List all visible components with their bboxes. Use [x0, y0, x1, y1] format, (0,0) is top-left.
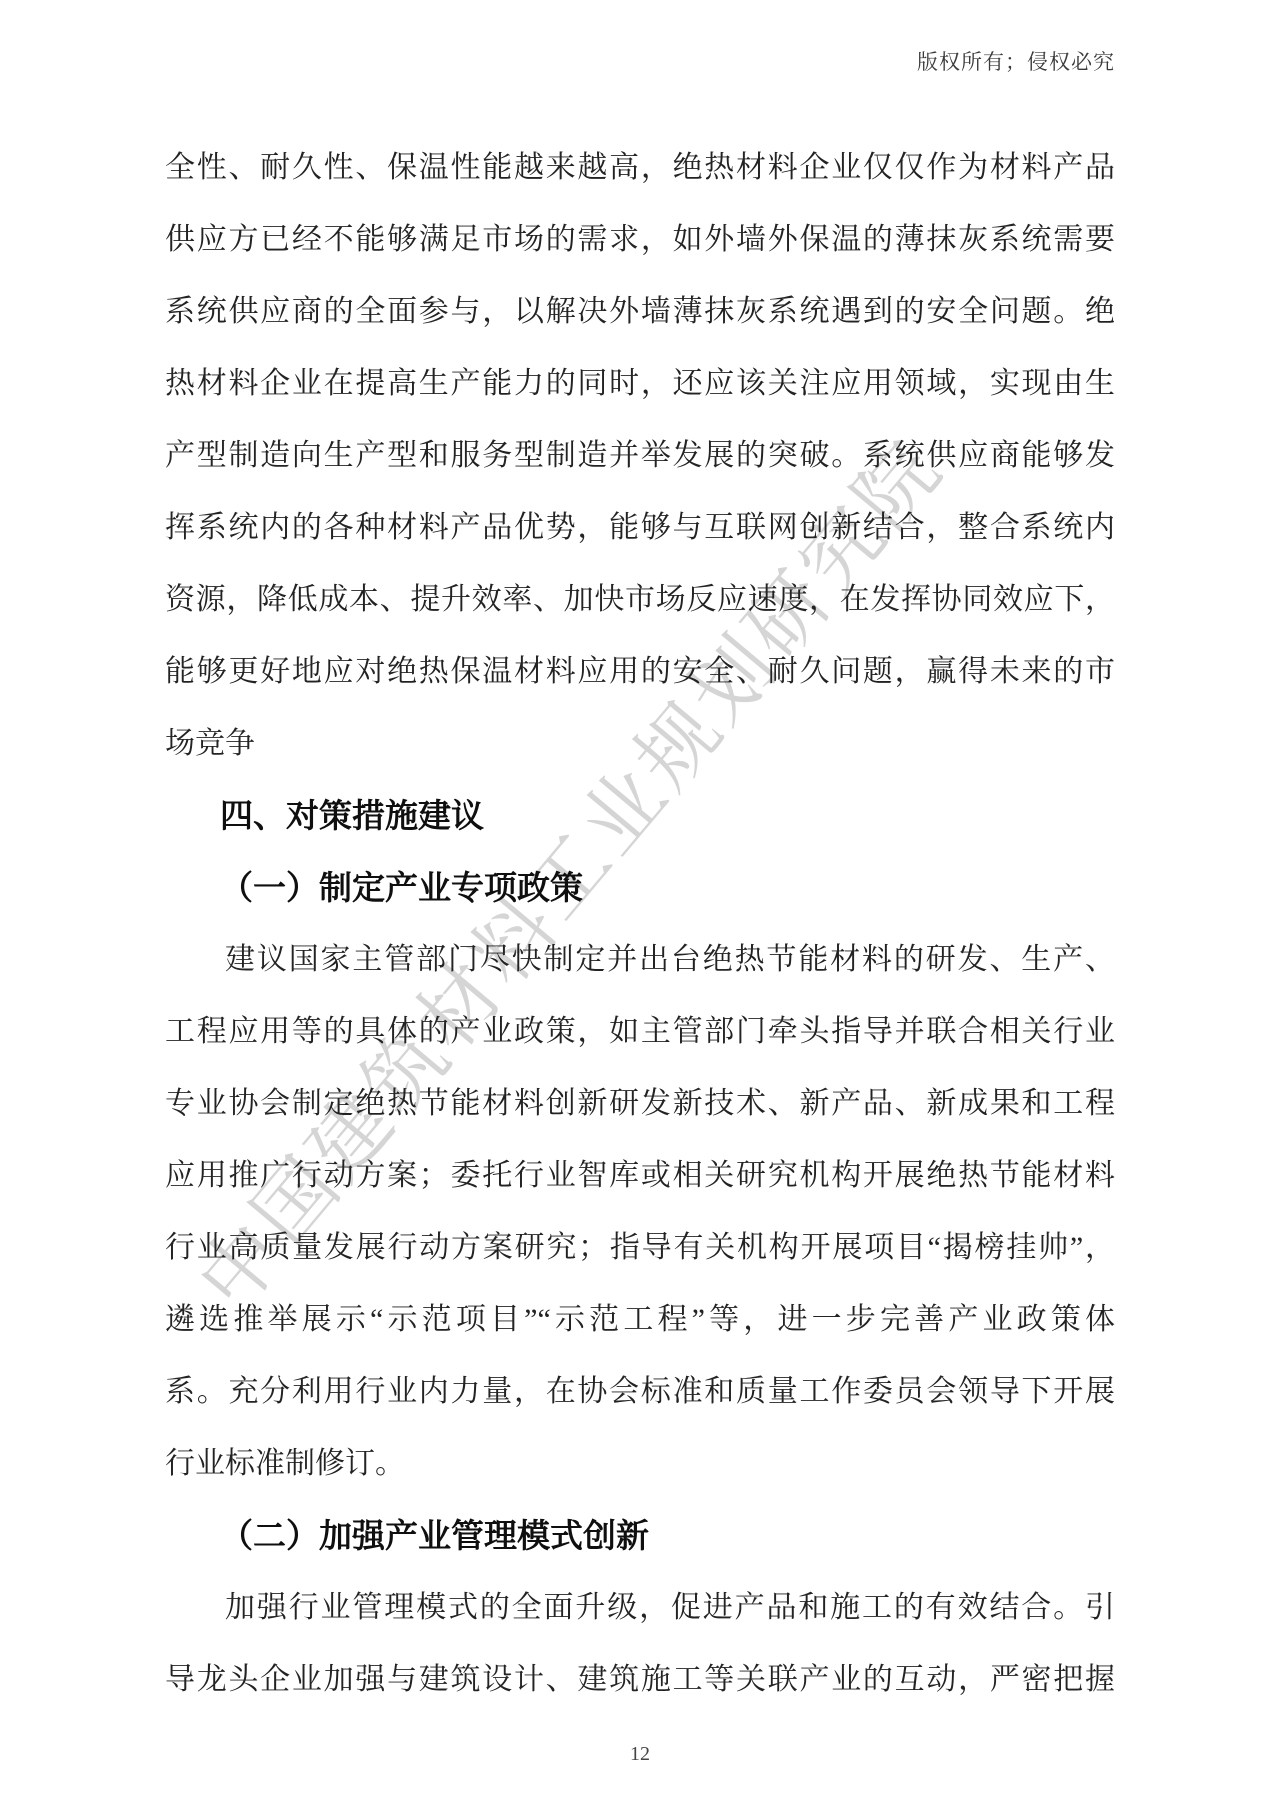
text-line: 场竞争 — [165, 708, 1115, 780]
text-line: 产型制造向生产型和服务型制造并举发展的突破。系统供应商能够发 — [165, 420, 1115, 492]
copyright-notice: 版权所有；侵权必究 — [917, 46, 1115, 76]
text-line: 供应方已经不能够满足市场的需求，如外墙外保温的薄抹灰系统需要 — [165, 204, 1115, 276]
text-line: 挥系统内的各种材料产品优势，能够与互联网创新结合，整合系统内 — [165, 492, 1115, 564]
text-line: 系。充分利用行业内力量，在协会标准和质量工作委员会领导下开展 — [165, 1356, 1115, 1428]
text-line: 工程应用等的具体的产业政策，如主管部门牵头指导并联合相关行业 — [165, 996, 1115, 1068]
text-line: 全性、耐久性、保温性能越来越高，绝热材料企业仅仅作为材料产品 — [165, 132, 1115, 204]
page-number: 12 — [0, 1743, 1280, 1766]
section-heading: （一）制定产业专项政策 — [165, 852, 1115, 924]
text-line: 应用推广行动方案；委托行业智库或相关研究机构开展绝热节能材料 — [165, 1140, 1115, 1212]
section-heading: 四、对策措施建议 — [165, 780, 1115, 852]
text-line: 行业高质量发展行动方案研究；指导有关机构开展项目“揭榜挂帅”， — [165, 1212, 1115, 1284]
text-line: 资源，降低成本、提升效率、加快市场反应速度，在发挥协同效应下， — [165, 564, 1115, 636]
text-line: 遴选推举展示“示范项目”“示范工程”等，进一步完善产业政策体 — [165, 1284, 1115, 1356]
document-body: 全性、耐久性、保温性能越来越高，绝热材料企业仅仅作为材料产品供应方已经不能够满足… — [165, 132, 1115, 1716]
text-line: 加强行业管理模式的全面升级，促进产品和施工的有效结合。引 — [165, 1572, 1115, 1644]
text-line: 专业协会制定绝热节能材料创新研发新技术、新产品、新成果和工程 — [165, 1068, 1115, 1140]
text-line: 热材料企业在提高生产能力的同时，还应该关注应用领域，实现由生 — [165, 348, 1115, 420]
text-line: 建议国家主管部门尽快制定并出台绝热节能材料的研发、生产、 — [165, 924, 1115, 996]
text-line: 能够更好地应对绝热保温材料应用的安全、耐久问题，赢得未来的市 — [165, 636, 1115, 708]
text-line: 系统供应商的全面参与，以解决外墙薄抹灰系统遇到的安全问题。绝 — [165, 276, 1115, 348]
document-page: 版权所有；侵权必究 中国建筑材料工业规划研究院 全性、耐久性、保温性能越来越高，… — [0, 0, 1280, 1810]
text-line: 导龙头企业加强与建筑设计、建筑施工等关联产业的互动，严密把握 — [165, 1644, 1115, 1716]
section-heading: （二）加强产业管理模式创新 — [165, 1500, 1115, 1572]
text-line: 行业标准制修订。 — [165, 1428, 1115, 1500]
